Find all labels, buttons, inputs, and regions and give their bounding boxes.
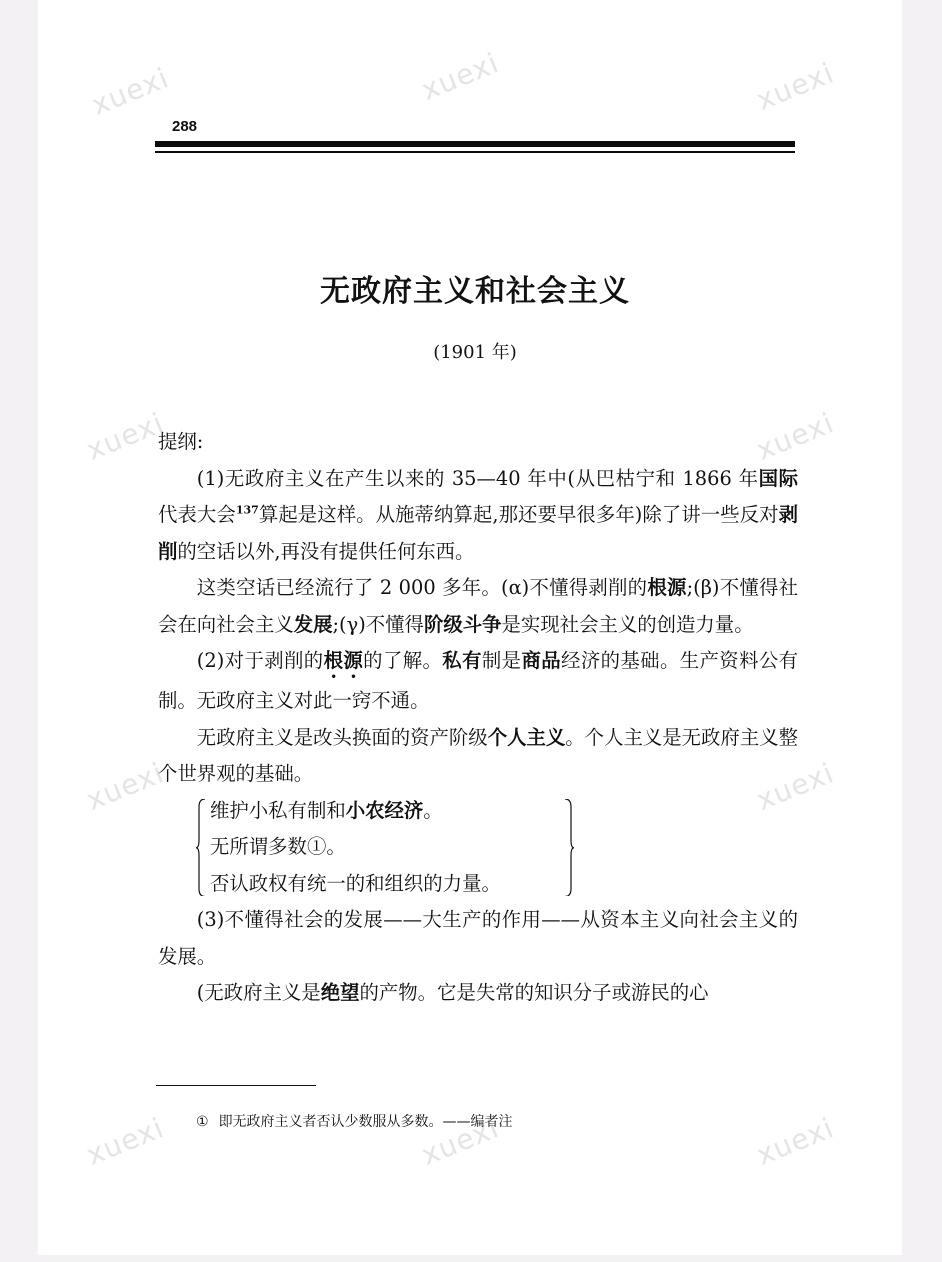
text-run: 无所谓多数 [210, 835, 307, 858]
footnote-reference[interactable]: ① [307, 835, 326, 858]
paragraph-2: 这类空话已经流行了 2 000 多年。(α)不懂得剥削的根源;(β)不懂得社会在… [158, 570, 798, 643]
paragraph-6: (无政府主义是绝望的产物。它是失常的知识分子或游民的心 [158, 975, 798, 1012]
text-run: 的产物。它是失常的知识分子或游民的心 [360, 981, 709, 1004]
text-run: 这类空话已经流行了 2 000 多年。(α)不懂得剥削的 [197, 576, 648, 599]
emphasis-text: 商品 [521, 649, 561, 672]
text-run: 制是 [482, 649, 522, 672]
emphasis-text: 阶级斗争 [424, 613, 502, 636]
page-number: 288 [172, 118, 197, 135]
text-run: 无政府主义是改头换面的资产阶级 [197, 726, 488, 749]
footnote-divider [156, 1085, 316, 1086]
paragraph-3: (2)对于剥削的根源的了解。私有制是商品经济的基础。生产资料公有制。无政府主义对… [158, 643, 798, 720]
text-run: (1)无政府主义在产生以来的 35—40 年中(从巴枯宁和 1866 年 [197, 467, 759, 490]
text-run: 是实现社会主义的创造力量。 [502, 613, 754, 636]
braced-list-item: 维护小私有制和小农经济。 [210, 793, 570, 830]
emphasis-text: 绝望 [321, 981, 360, 1004]
text-run: 维护小私有制和 [210, 799, 346, 822]
right-brace-icon [564, 799, 574, 897]
paragraph-4: 无政府主义是改头换面的资产阶级个人主义。个人主义是无政府主义整个世界观的基础。 [158, 720, 798, 793]
emphasis-text: 发展 [294, 613, 333, 636]
chapter-year: (1901 年) [155, 338, 795, 364]
footnote-marker: ① [196, 1114, 209, 1130]
text-run: 否认政权有统一的和组织的力量。 [210, 872, 501, 895]
text-run: 的空话以外,再没有提供任何东西。 [177, 540, 474, 563]
emphasis-dotted-text: 根源 [324, 649, 364, 672]
text-run: 。 [423, 799, 442, 822]
endnote-reference[interactable]: 137 [236, 504, 259, 517]
emphasis-text: 国际 [759, 467, 798, 490]
outline-heading: 提纲: [158, 424, 798, 461]
body-text: 提纲: (1)无政府主义在产生以来的 35—40 年中(从巴枯宁和 1866 年… [158, 424, 798, 1012]
chapter-title: 无政府主义和社会主义 [155, 266, 795, 310]
text-run: 代表大会 [158, 503, 236, 526]
text-run: 的了解。 [363, 649, 442, 672]
text-run: (无政府主义是 [197, 981, 321, 1004]
braced-list-item: 无所谓多数①。 [210, 829, 570, 866]
text-run: 。 [326, 835, 345, 858]
emphasis-text: 根源 [647, 576, 686, 599]
braced-list: 维护小私有制和小农经济。 无所谓多数①。 否认政权有统一的和组织的力量。 [196, 793, 570, 903]
paragraph-5: (3)不懂得社会的发展——大生产的作用——从资本主义向社会主义的发展。 [158, 902, 798, 975]
braced-list-item: 否认政权有统一的和组织的力量。 [210, 866, 570, 903]
emphasis-text: 私有 [442, 649, 482, 672]
left-brace-icon [196, 799, 206, 897]
text-run: (2)对于剥削的 [197, 649, 324, 672]
header-rule-thin [155, 151, 795, 153]
paragraph-1: (1)无政府主义在产生以来的 35—40 年中(从巴枯宁和 1866 年国际代表… [158, 461, 798, 571]
footnote-text: 即无政府主义者否认少数服从多数。——编者注 [219, 1114, 513, 1130]
footnote: ①即无政府主义者否认少数服从多数。——编者注 [196, 1111, 513, 1131]
text-run: ;(γ)不懂得 [333, 613, 424, 636]
header-rule-thick [155, 141, 795, 147]
emphasis-text: 个人主义 [488, 726, 566, 749]
text-run: 算起是这样。从施蒂纳算起,那还要早很多年)除了讲一些反对 [259, 503, 779, 526]
emphasis-text: 小农经济 [346, 799, 424, 822]
